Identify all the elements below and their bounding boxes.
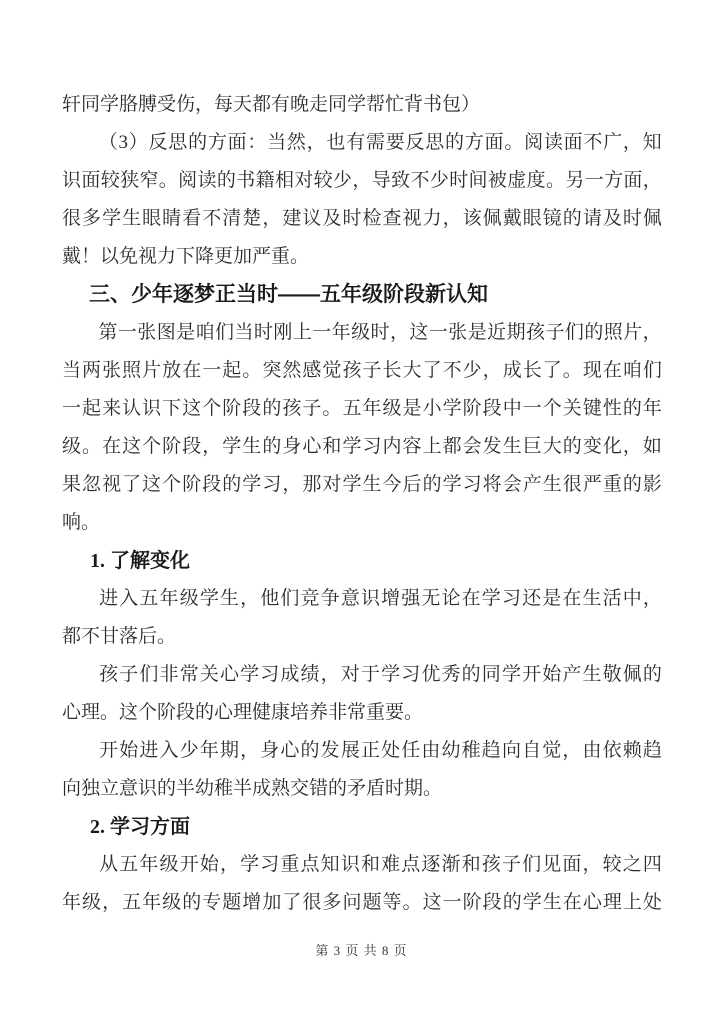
text-line: 第一张图是咱们当时刚上一年级时，这一张是近期孩子们的照片， [62,314,662,352]
text-line: 年级，五年级的专题增加了很多问题等。这一阶段的学生在心理上处 [62,884,662,922]
text-line: 都不甘落后。 [62,618,662,656]
section-heading: 1. 了解变化 [62,542,662,580]
document-page: 轩同学胳膊受伤，每天都有晚走同学帮忙背书包）（3）反思的方面：当然，也有需要反思… [0,0,723,1024]
text-line: 当两张照片放在一起。突然感觉孩子长大了不少，成长了。现在咱们 [62,352,662,390]
section-heading: 三、少年逐梦正当时——五年级阶段新认知 [62,276,662,314]
text-line: 轩同学胳膊受伤，每天都有晚走同学帮忙背书包） [62,86,662,124]
text-line: 2. 学习方面 [62,808,662,846]
section-heading: 2. 学习方面 [62,808,662,846]
text-line: 心理。这个阶段的心理健康培养非常重要。 [62,694,662,732]
paragraph: 孩子们非常关心学习成绩，对于学习优秀的同学开始产生敬佩的心理。这个阶段的心理健康… [62,656,662,732]
text-line: 三、少年逐梦正当时——五年级阶段新认知 [62,276,662,314]
text-line: 孩子们非常关心学习成绩，对于学习优秀的同学开始产生敬佩的 [62,656,662,694]
paragraph: 从五年级开始，学习重点知识和难点逐渐和孩子们见面，较之四年级，五年级的专题增加了… [62,846,662,922]
text-line: 很多学生眼睛看不清楚，建议及时检查视力，该佩戴眼镜的请及时佩 [62,200,662,238]
text-line: 级。在这个阶段，学生的身心和学习内容上都会发生巨大的变化，如 [62,428,662,466]
paragraph: 第一张图是咱们当时刚上一年级时，这一张是近期孩子们的照片，当两张照片放在一起。突… [62,314,662,542]
text-line: 从五年级开始，学习重点知识和难点逐渐和孩子们见面，较之四 [62,846,662,884]
paragraph: 轩同学胳膊受伤，每天都有晚走同学帮忙背书包） [62,86,662,124]
paragraph: （3）反思的方面：当然，也有需要反思的方面。阅读面不广，知识面较狭窄。阅读的书籍… [62,124,662,276]
text-line: 响。 [62,504,662,542]
text-line: 开始进入少年期，身心的发展正处任由幼稚趋向自觉，由依赖趋 [62,732,662,770]
text-line: 进入五年级学生，他们竞争意识增强无论在学习还是在生活中， [62,580,662,618]
paragraph: 进入五年级学生，他们竞争意识增强无论在学习还是在生活中，都不甘落后。 [62,580,662,656]
text-line: 向独立意识的半幼稚半成熟交错的矛盾时期。 [62,770,662,808]
text-line: （3）反思的方面：当然，也有需要反思的方面。阅读面不广，知 [62,124,662,162]
text-line: 一起来认识下这个阶段的孩子。五年级是小学阶段中一个关键性的年 [62,390,662,428]
paragraph: 开始进入少年期，身心的发展正处任由幼稚趋向自觉，由依赖趋向独立意识的半幼稚半成熟… [62,732,662,808]
page-footer: 第 3 页 共 8 页 [0,940,723,959]
text-line: 果忽视了这个阶段的学习，那对学生今后的学习将会产生很严重的影 [62,466,662,504]
text-line: 戴！以免视力下降更加严重。 [62,238,662,276]
text-line: 识面较狭窄。阅读的书籍相对较少，导致不少时间被虚度。另一方面， [62,162,662,200]
text-line: 1. 了解变化 [62,542,662,580]
document-body: 轩同学胳膊受伤，每天都有晚走同学帮忙背书包）（3）反思的方面：当然，也有需要反思… [62,86,662,922]
